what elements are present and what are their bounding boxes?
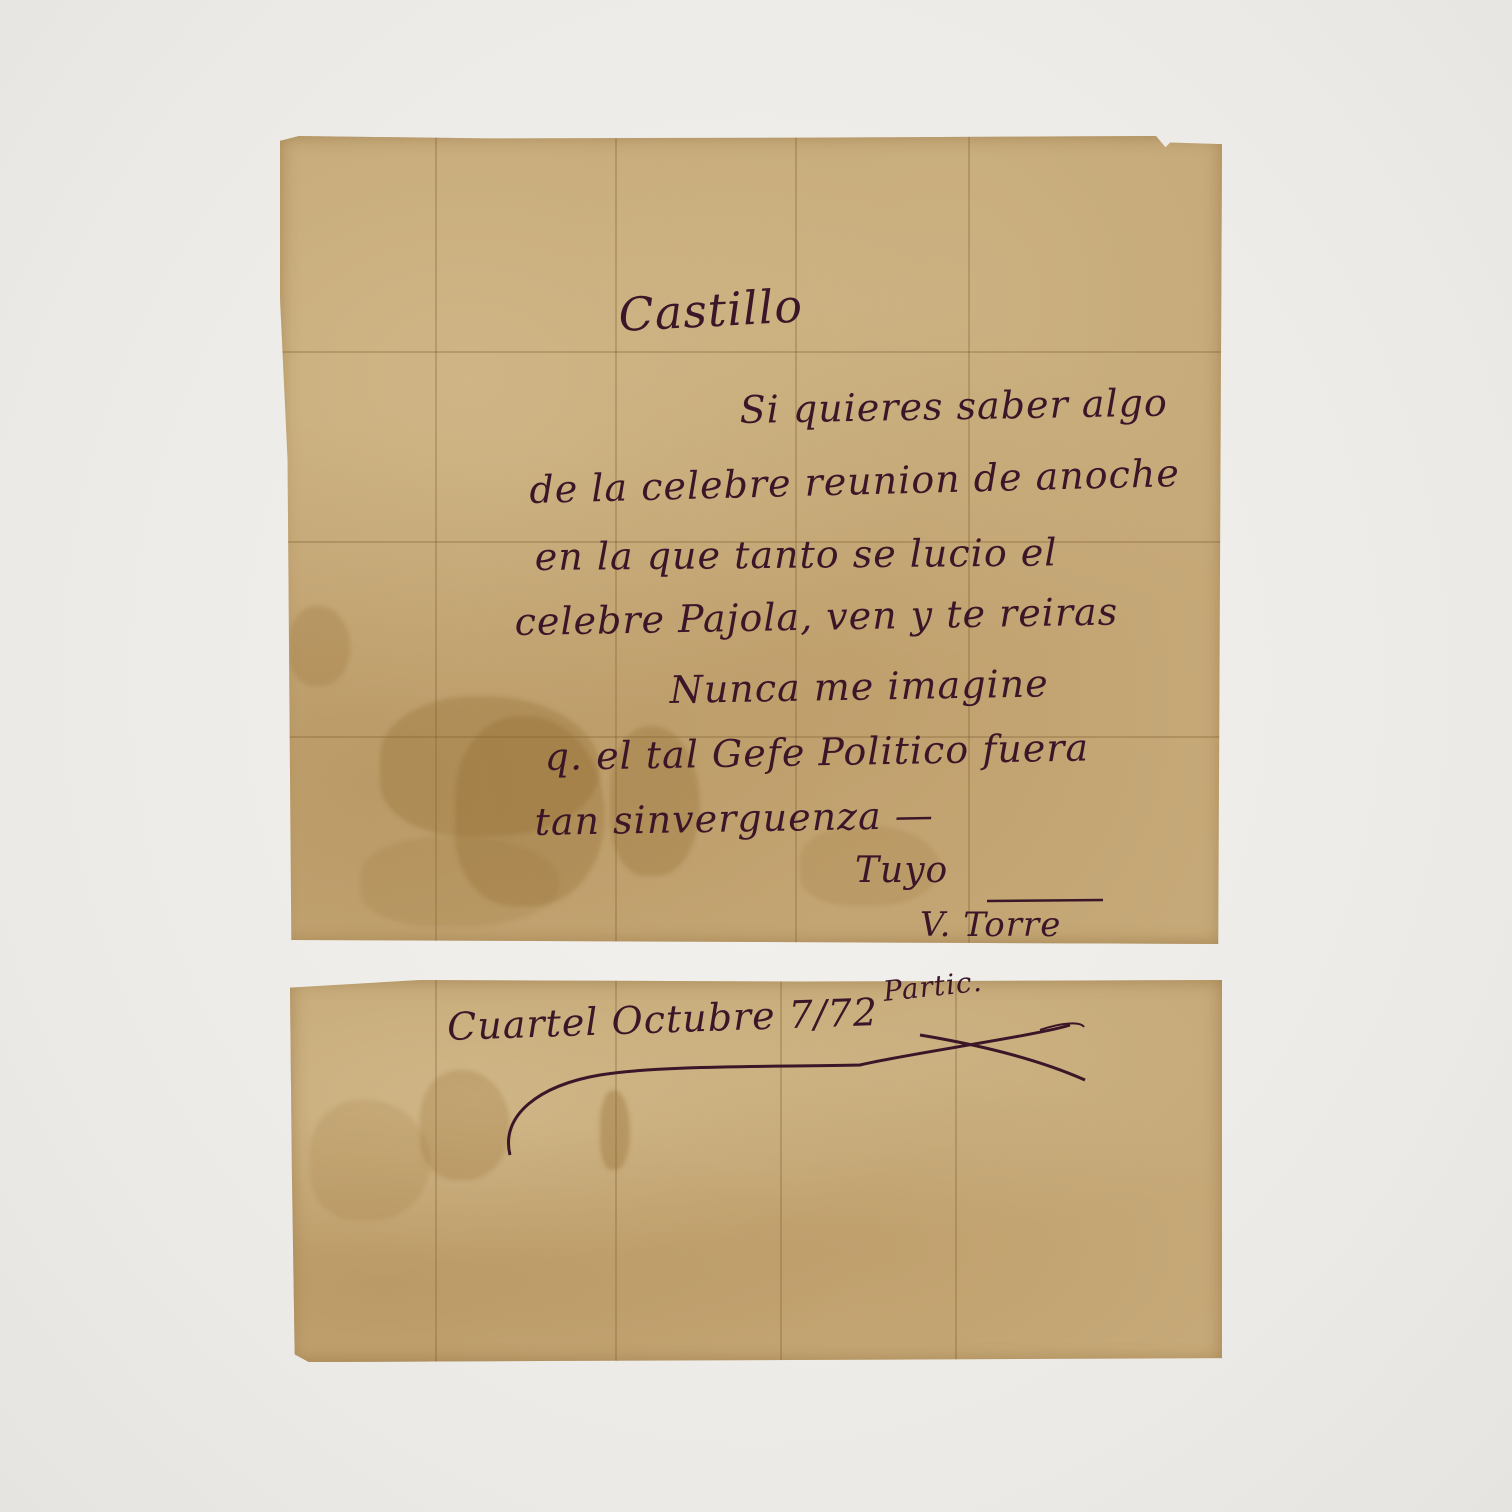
fold-line bbox=[435, 136, 437, 944]
letter-line: tan sinverguenza — bbox=[534, 793, 934, 844]
water-stain bbox=[360, 836, 560, 926]
closing: Tuyo bbox=[855, 850, 948, 891]
letter-line: en la que tanto se lucio el bbox=[535, 530, 1058, 579]
signature-dash bbox=[985, 896, 1105, 906]
salutation: Castillo bbox=[617, 278, 804, 342]
letter-line: Nunca me imagine bbox=[669, 661, 1049, 712]
fold-line bbox=[280, 351, 1222, 353]
signature: V. Torre bbox=[920, 905, 1061, 945]
signature-flourish bbox=[480, 1005, 1100, 1165]
water-stain bbox=[310, 1100, 430, 1220]
letter-line: Si quieres saber algo bbox=[739, 381, 1168, 432]
water-stain bbox=[290, 606, 350, 686]
fold-line bbox=[435, 980, 437, 1362]
